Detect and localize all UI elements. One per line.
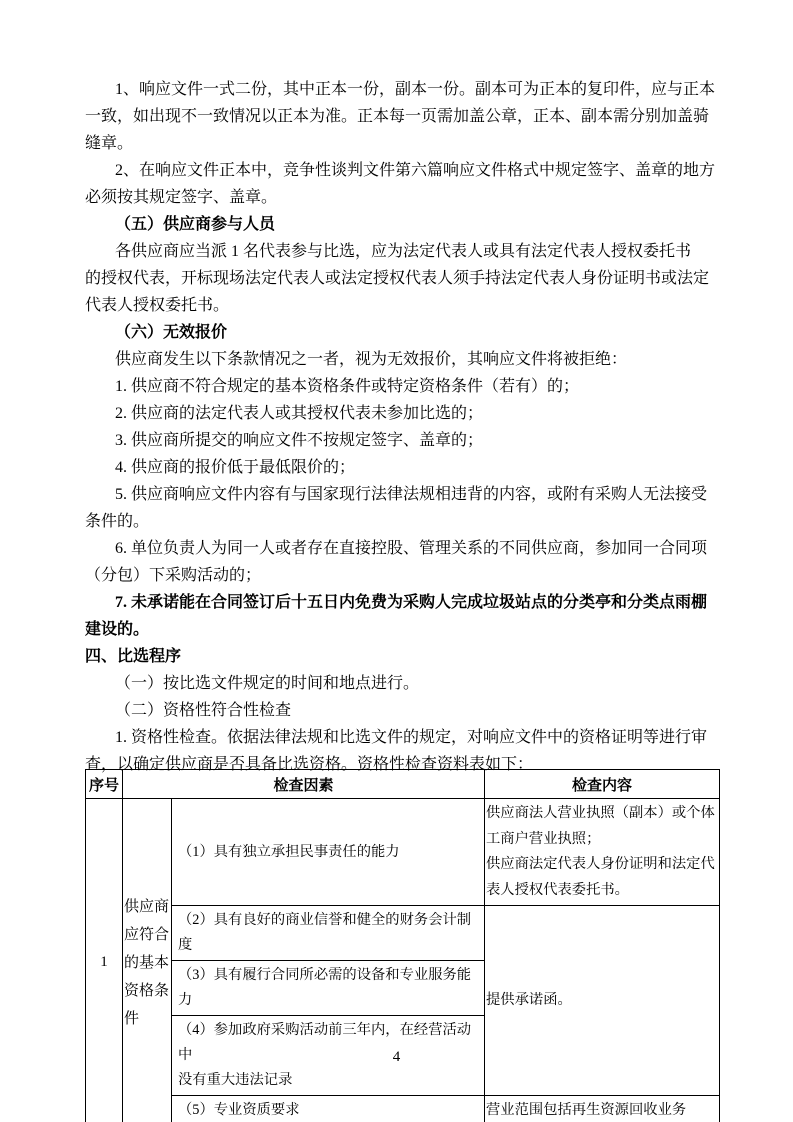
text-line: 2、在响应文件正本中，竞争性谈判文件第六篇响应文件格式中规定签字、盖章的地方 (85, 157, 725, 184)
cell-category: 供应商应符合的基本资格条件 (123, 799, 172, 1122)
header-seq-no: 序号 (86, 770, 123, 799)
text-line: 6. 单位负责人为同一人或者存在直接控股、管理关系的不同供应商，参加同一合同项 (85, 535, 725, 562)
cell-factor: （1）具有独立承担民事责任的能力 (172, 799, 485, 906)
text-line: 7. 未承诺能在合同签订后十五日内免费为采购人完成垃圾站点的分类亭和分类点雨棚 (85, 589, 725, 616)
header-check-factor: 检查因素 (123, 770, 485, 799)
cell-factor: （3）具有履行合同所必需的设备和专业服务能力 (172, 961, 485, 1016)
text-line: 必须按其规定签字、盖章。 (85, 184, 725, 211)
header-check-content: 检查内容 (485, 770, 720, 799)
heading-supplier-participants: （五）供应商参与人员 (85, 211, 725, 238)
cell-content: 供应商法人营业执照（副本）或个体 工商户营业执照； 供应商法定代表人身份证明和法… (485, 799, 720, 906)
text-line: 1. 供应商不符合规定的基本资格条件或特定资格条件（若有）的； (85, 373, 725, 400)
text-line: （二）资格性符合性检查 (85, 697, 725, 724)
text-line: 代表人授权委托书。 (85, 292, 725, 319)
text-line: （分包）下采购活动的； (85, 562, 725, 589)
text-line: 2. 供应商的法定代表人或其授权代表未参加比选的； (85, 400, 725, 427)
text-line: 建设的。 (85, 616, 725, 643)
document-body: 1、响应文件一式二份，其中正本一份，副本一份。副本可为正本的复印件，应与正本 一… (85, 76, 725, 778)
cell-content: 营业范围包括再生资源回收业务 (485, 1096, 720, 1122)
text-line: 缝章。 (85, 130, 725, 157)
text-line: 1. 资格性检查。依据法律法规和比选文件的规定，对响应文件中的资格证明等进行审 (85, 724, 725, 751)
text-line: 各供应商应当派 1 名代表参与比选，应为法定代表人或具有法定代表人授权委托书 (85, 238, 725, 265)
text-line: 4. 供应商的报价低于最低限价的； (85, 454, 725, 481)
text-line: 一致，如出现不一致情况以正本为准。正本每一页需加盖公章，正本、副本需分别加盖骑 (85, 103, 725, 130)
text-line: 3. 供应商所提交的响应文件不按规定签字、盖章的； (85, 427, 725, 454)
text-line: 供应商发生以下条款情况之一者，视为无效报价，其响应文件将被拒绝： (85, 346, 725, 373)
cell-factor: （5）专业资质要求 (172, 1096, 485, 1122)
text-line: 5. 供应商响应文件内容有与国家现行法律法规相违背的内容，或附有采购人无法接受 (85, 481, 725, 508)
text-line: 的授权代表，开标现场法定代表人或法定授权代表人须手持法定代表人身份证明书或法定 (85, 265, 725, 292)
table-row: （5）专业资质要求 营业范围包括再生资源回收业务 (86, 1096, 720, 1122)
page-number: 4 (0, 1044, 793, 1071)
table-row: （2）具有良好的商业信誉和健全的财务会计制度 提供承诺函。 (86, 906, 720, 961)
cell-factor: （2）具有良好的商业信誉和健全的财务会计制度 (172, 906, 485, 961)
document-page: 1、响应文件一式二份，其中正本一份，副本一份。副本可为正本的复印件，应与正本 一… (0, 0, 793, 1122)
text-line: 1、响应文件一式二份，其中正本一份，副本一份。副本可为正本的复印件，应与正本 (85, 76, 725, 103)
table-header-row: 序号 检查因素 检查内容 (86, 770, 720, 799)
text-line: （一）按比选文件规定的时间和地点进行。 (85, 670, 725, 697)
text-line: 条件的。 (85, 508, 725, 535)
cell-seq-no: 1 (86, 799, 123, 1122)
table-row: 1 供应商应符合的基本资格条件 （1）具有独立承担民事责任的能力 供应商法人营业… (86, 799, 720, 906)
heading-comparison-procedure: 四、比选程序 (85, 643, 725, 670)
heading-invalid-quotation: （六）无效报价 (85, 319, 725, 346)
